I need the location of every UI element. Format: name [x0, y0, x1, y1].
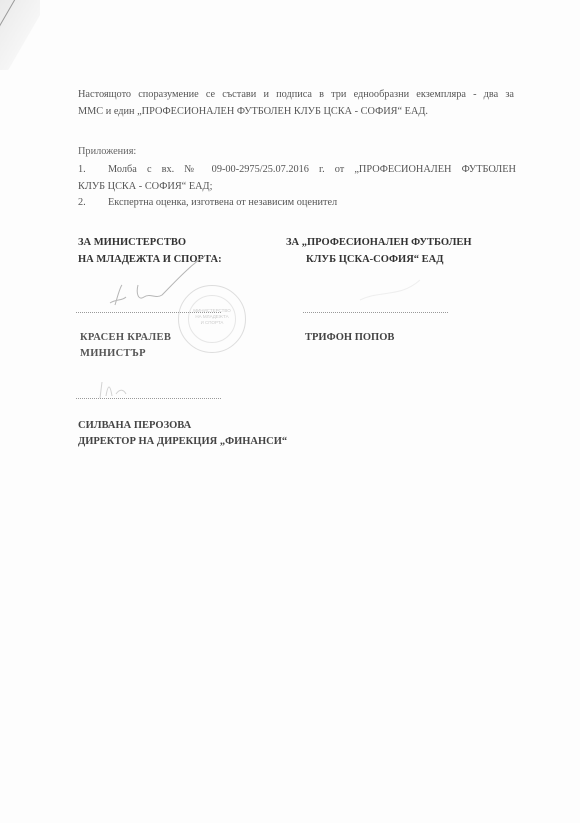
signatory-name: СИЛВАНА ПЕРОЗОВА — [78, 418, 287, 434]
minister-signature — [100, 255, 210, 315]
signatory-title: МИНИСТЪР — [80, 346, 171, 362]
club-signatory: ТРИФОН ПОПОВ — [305, 330, 394, 346]
club-signature — [350, 270, 440, 310]
ministry-signature-line — [76, 312, 221, 313]
heading-line: КЛУБ ЦСКА-СОФИЯ“ ЕАД — [286, 251, 472, 268]
club-signature-line — [303, 312, 448, 313]
closing-paragraph: Настоящото споразумение се състави и под… — [78, 87, 514, 120]
closing-paragraph-line-1: Настоящото споразумение се състави и под… — [78, 87, 514, 104]
director-signature — [96, 378, 136, 400]
attachment-number: 1. — [78, 162, 108, 179]
attachment-item: 2.Експертна оценка, изготвена от независ… — [78, 195, 516, 212]
attachment-item: 1.Молба с вх. № 09-00-2975/25.07.2016 г.… — [78, 162, 516, 195]
signatory-name: ТРИФОН ПОПОВ — [305, 332, 394, 343]
minister-signatory: КРАСЕН КРАЛЕВ МИНИСТЪР — [80, 330, 171, 362]
director-signatory: СИЛВАНА ПЕРОЗОВА ДИРЕКТОР НА ДИРЕКЦИЯ „Ф… — [78, 418, 287, 450]
attachment-text-continued: КЛУБ ЦСКА - СОФИЯ“ ЕАД; — [78, 181, 212, 192]
director-signature-line — [76, 398, 221, 399]
heading-line: ЗА МИНИСТЕРСТВО — [78, 234, 222, 251]
closing-paragraph-line-2: ММС и един „ПРОФЕСИОНАЛЕН ФУТБОЛЕН КЛУБ … — [78, 106, 428, 117]
attachment-number: 2. — [78, 195, 108, 212]
club-signature-heading: ЗА „ПРОФЕСИОНАЛЕН ФУТБОЛЕН КЛУБ ЦСКА-СОФ… — [286, 234, 472, 268]
attachment-text: Молба с вх. № 09-00-2975/25.07.2016 г. о… — [108, 164, 516, 175]
page-fold-corner — [0, 0, 40, 70]
signatory-title: ДИРЕКТОР НА ДИРЕКЦИЯ „ФИНАНСИ“ — [78, 434, 287, 450]
stamp-text-line: И СПОРТА — [191, 320, 233, 326]
attachment-text: Експертна оценка, изготвена от независим… — [108, 197, 337, 208]
attachments-title: Приложения: — [78, 146, 136, 157]
heading-line: ЗА „ПРОФЕСИОНАЛЕН ФУТБОЛЕН — [286, 234, 472, 251]
signatory-name: КРАСЕН КРАЛЕВ — [80, 330, 171, 346]
